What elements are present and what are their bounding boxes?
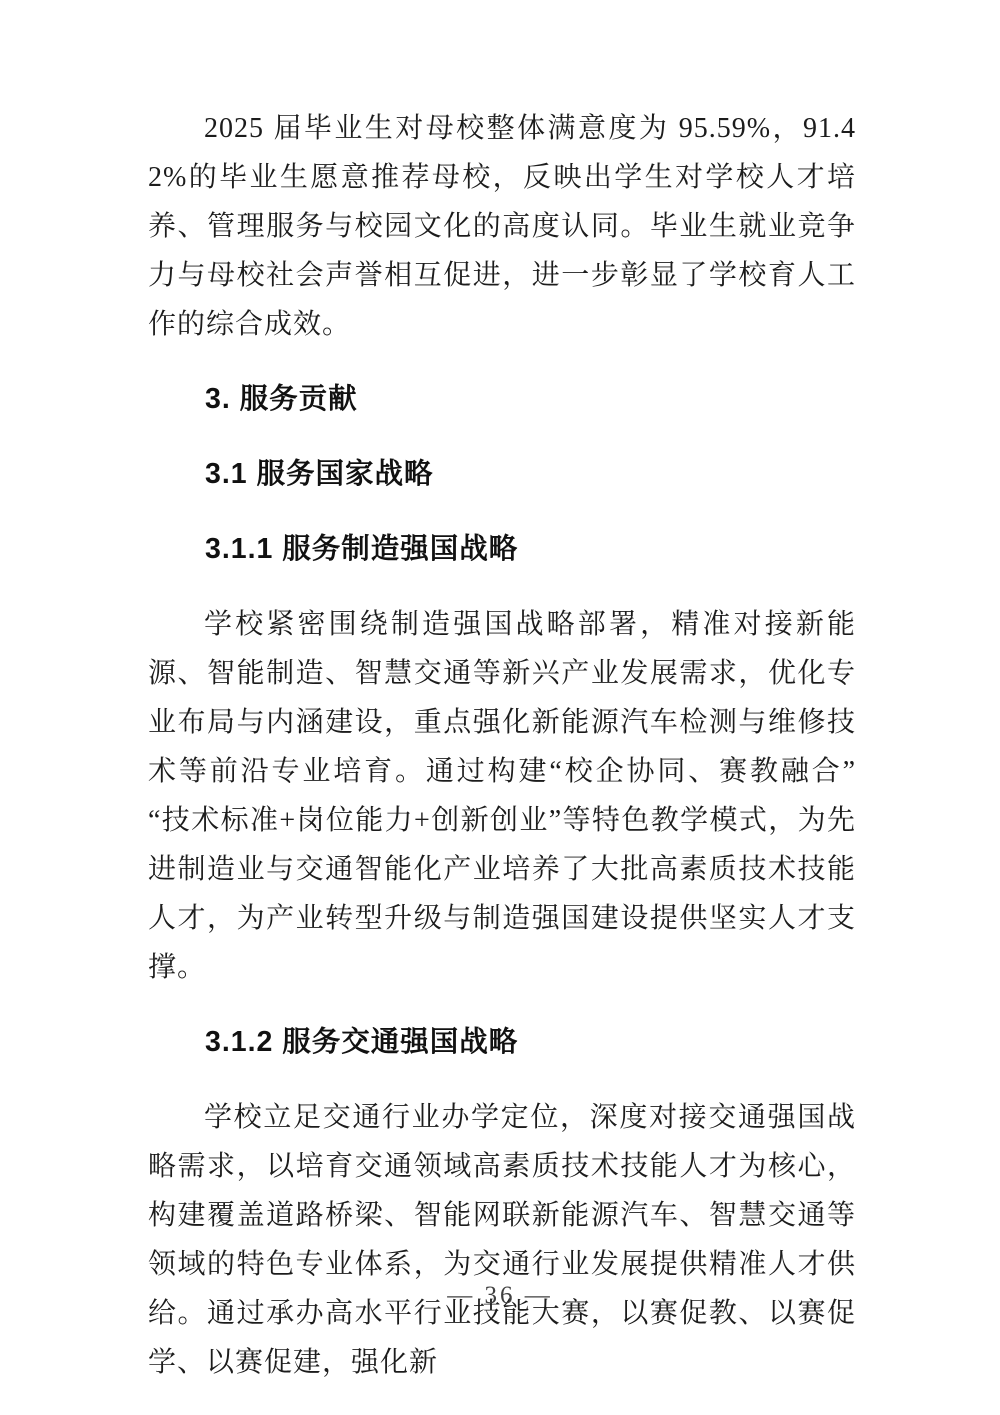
- document-page: 2025 届毕业生对母校整体满意度为 95.59%，91.42%的毕业生愿意推荐…: [0, 0, 1000, 1415]
- heading-manufacturing-strategy: 3.1.1 服务制造强国战略: [148, 525, 856, 574]
- document-content: 2025 届毕业生对母校整体满意度为 95.59%，91.42%的毕业生愿意推荐…: [0, 0, 1000, 1387]
- page-number-footer: — 36 —: [0, 1276, 1000, 1316]
- heading-transport-strategy: 3.1.2 服务交通强国战略: [148, 1018, 856, 1067]
- heading-service-contribution: 3. 服务贡献: [148, 375, 856, 424]
- paragraph-transport-strategy: 学校立足交通行业办学定位，深度对接交通强国战略需求，以培育交通领域高素质技术技能…: [148, 1093, 856, 1387]
- paragraph-satisfaction-summary: 2025 届毕业生对母校整体满意度为 95.59%，91.42%的毕业生愿意推荐…: [148, 104, 856, 349]
- heading-national-strategy: 3.1 服务国家战略: [148, 450, 856, 499]
- paragraph-manufacturing-strategy: 学校紧密围绕制造强国战略部署，精准对接新能源、智能制造、智慧交通等新兴产业发展需…: [148, 600, 856, 992]
